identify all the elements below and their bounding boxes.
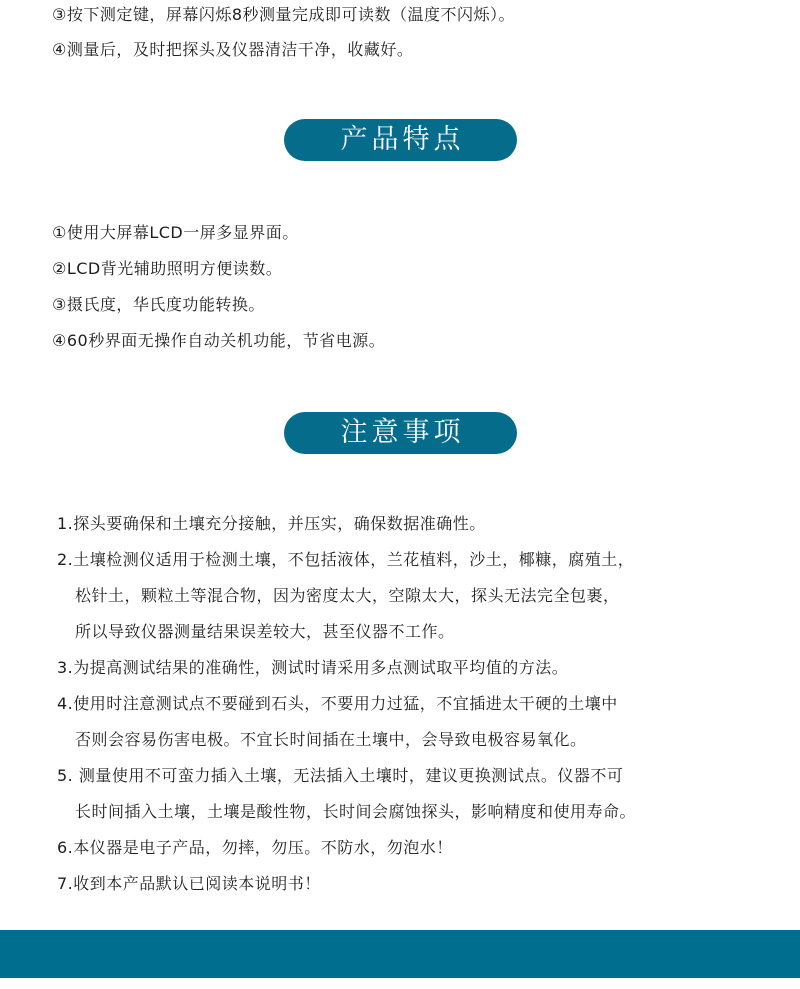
usage-step-4: ④测量后，及时把探头及仪器清洁干净，收藏好。	[52, 40, 413, 60]
notes-section-header: 注意事项	[284, 412, 517, 454]
footer-band	[0, 930, 800, 978]
feature-item: ②LCD背光辅助照明方便读数。	[52, 259, 282, 279]
note-line: 1.探头要确保和土壤充分接触，并压实，确保数据准确性。	[57, 514, 486, 534]
note-line-continuation: 否则会容易伤害电极。不宜长时间插在土壤中，会导致电极容易氧化。	[75, 730, 587, 750]
feature-item: ①使用大屏幕LCD一屏多显界面。	[52, 223, 299, 243]
note-line: 2.土壤检测仪适用于检测土壤，不包括液体，兰花植料，沙土，椰糠，腐殖土，	[57, 550, 634, 570]
note-line: 6.本仪器是电子产品，勿摔，勿压。不防水，勿泡水！	[57, 838, 453, 858]
note-line-continuation: 所以导致仪器测量结果误差较大，甚至仪器不工作。	[75, 622, 455, 642]
usage-step-3: ③按下测定键，屏幕闪烁8秒测量完成即可读数（温度不闪烁）。	[52, 5, 515, 25]
note-line-continuation: 松针土，颗粒土等混合物，因为密度太大，空隙太大，探头无法完全包裹，	[75, 586, 620, 606]
notes-title: 注意事项	[337, 412, 465, 454]
note-line: 4.使用时注意测试点不要碰到石头，不要用力过猛，不宜插进太干硬的土壤中	[57, 694, 618, 714]
note-line: 7.收到本产品默认已阅读本说明书！	[57, 874, 321, 894]
note-line: 3.为提高测试结果的准确性，测试时请采用多点测试取平均值的方法。	[57, 658, 568, 678]
feature-item: ③摄氏度，华氏度功能转换。	[52, 295, 265, 315]
feature-item: ④60秒界面无操作自动关机功能，节省电源。	[52, 331, 385, 351]
features-title: 产品特点	[337, 119, 465, 161]
features-section-header: 产品特点	[284, 119, 517, 161]
note-line-continuation: 长时间插入土壤，土壤是酸性物，长时间会腐蚀探头，影响精度和使用寿命。	[75, 802, 636, 822]
note-line: 5. 测量使用不可蛮力插入土壤，无法插入土壤时，建议更换测试点。仪器不可	[57, 766, 623, 786]
